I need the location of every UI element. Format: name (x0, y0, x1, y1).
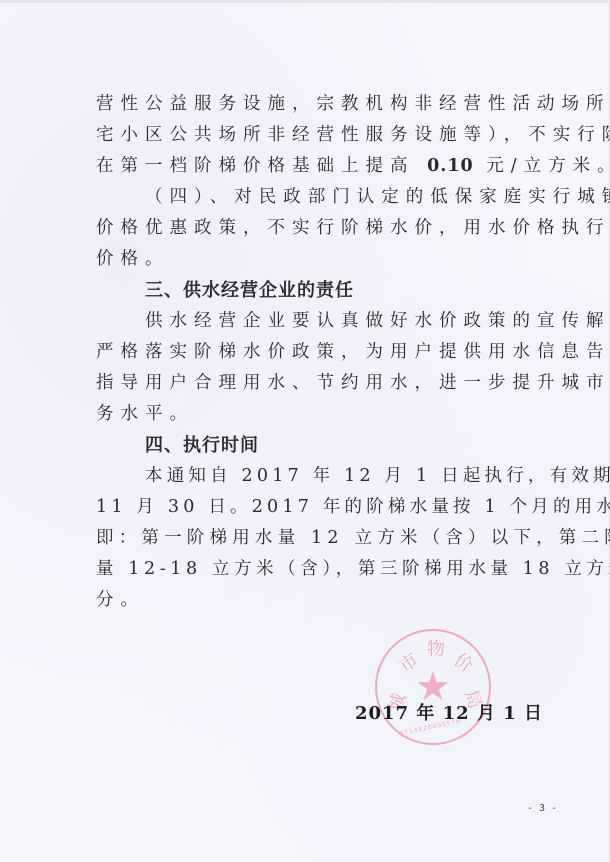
body-line: 即：第一阶梯用水量 12 立方米（含）以下，第二阶梯用水 (96, 523, 544, 554)
seal-char: 价 (449, 646, 479, 678)
body-line: 在第一档阶梯价格基础上提高 0.10 元/立方米。 (96, 151, 544, 182)
body-line: 价格优惠政策，不实行阶梯水价，用水价格执行第一阶梯 (96, 213, 544, 244)
seal-char: 物 (427, 635, 445, 661)
body-line: 本通知自 2017 年 12 月 1 日起执行，有效期至 2018 年 (96, 461, 544, 492)
body-line: 11 月 30 日。2017 年的阶梯水量按 1 个月的用水量计算， (96, 492, 544, 523)
body-line: 分。 (96, 585, 544, 616)
signature-date: 2017 年 12 月 1 日 (355, 699, 543, 725)
body-line: 宅小区公共场所非经营性服务设施等），不实行阶梯水价， (96, 120, 544, 151)
page-number: - 3 - (527, 803, 557, 814)
section-heading-responsibility: 三、供水经营企业的责任 (96, 275, 544, 306)
paragraph-four: （四）、对民政部门认定的低保家庭实行城镇居民用水 (96, 182, 544, 213)
document-page: 营性公益服务设施，宗教机构非经营性活动场所，居民住 宅小区公共场所非经营性服务设… (0, 0, 610, 862)
body-line: 严格落实阶梯水价政策，为用户提供用水信息告知服务， (96, 337, 544, 368)
official-seal: 城 市 物 价 局 ★ 3714820000576 (375, 629, 491, 745)
price-increase-value: 0.10 (427, 156, 474, 176)
body-line: 务水平。 (96, 399, 544, 430)
body-line: 供水经营企业要认真做好水价政策的宣传解释工作， (96, 306, 544, 337)
body-line: 价格。 (96, 244, 544, 275)
body-text: 元/立方米。 (474, 156, 610, 176)
document-body: 营性公益服务设施，宗教机构非经营性活动场所，居民住 宅小区公共场所非经营性服务设… (96, 89, 544, 616)
body-text: 在第一档阶梯价格基础上提高 (96, 156, 427, 176)
body-line: 指导用户合理用水、节约用水，进一步提升城市供水的服 (96, 368, 544, 399)
body-line: 营性公益服务设施，宗教机构非经营性活动场所，居民住 (96, 89, 544, 120)
body-line: 量 12-18 立方米（含），第三阶梯用水量 18 立方米以上部 (96, 554, 544, 585)
section-heading-execution-time: 四、执行时间 (96, 430, 544, 461)
